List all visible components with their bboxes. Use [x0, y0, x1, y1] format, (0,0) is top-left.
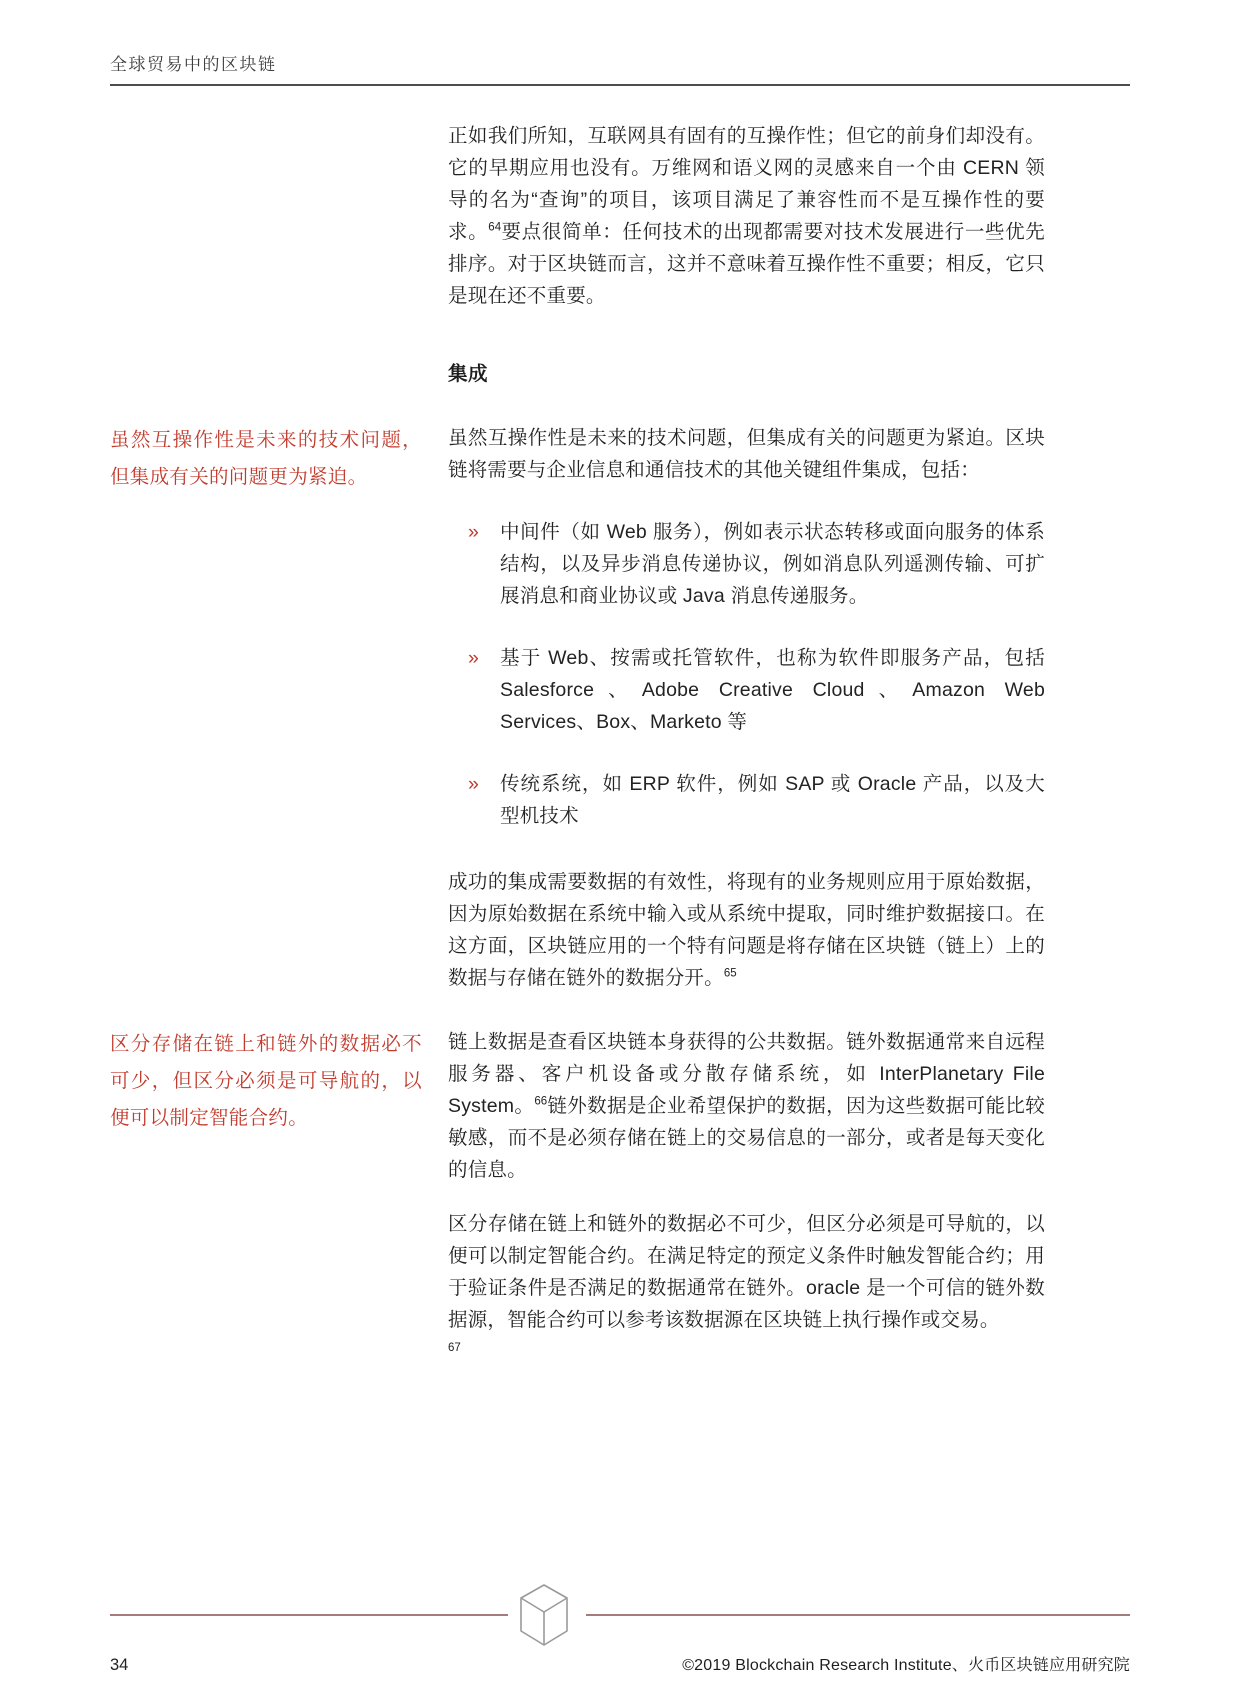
chevron-bullet-icon: » — [468, 768, 479, 800]
list-item-text: 基于 Web、按需或托管软件，也称为软件即服务产品，包括 Salesforce、… — [500, 647, 1045, 733]
footnote-ref-65: 65 — [724, 968, 737, 980]
copyright-notice: ©2019 Blockchain Research Institute、火币区块… — [682, 1652, 1130, 1675]
paragraph-text: 区分存储在链上和链外的数据必不可少，但区分必须是可导航的，以便可以制定智能合约。… — [448, 1213, 1045, 1331]
paragraph-text: 要点很简单：任何技术的出现都需要对技术发展进行一些优先排序。对于区块链而言，这并… — [448, 221, 1045, 307]
chevron-bullet-icon: » — [468, 516, 479, 548]
list-item-middleware: »中间件（如 Web 服务），例如表示状态转移或面向服务的体系结构，以及异步消息… — [448, 516, 1045, 612]
text-column: 链上数据是查看区块链本身获得的公共数据。链外数据通常来自远程服务器、客户机设备或… — [448, 1026, 1045, 1360]
page-footer: 34 ©2019 Blockchain Research Institute、火… — [110, 1584, 1130, 1675]
list-item-text: 中间件（如 Web 服务），例如表示状态转移或面向服务的体系结构，以及异步消息传… — [500, 521, 1045, 607]
text-column: »中间件（如 Web 服务），例如表示状态转移或面向服务的体系结构，以及异步消息… — [448, 516, 1045, 866]
document-page: 全球贸易中的区块链 正如我们所知，互联网具有固有的互操作性；但它的前身们却没有。… — [0, 0, 1240, 1693]
margin-column — [110, 120, 448, 358]
section-heading-row: 集成 — [110, 358, 1045, 422]
margin-column — [110, 866, 448, 1026]
blockchain-cube-icon — [520, 1584, 568, 1646]
paragraph-text: 成功的集成需要数据的有效性，将现有的业务规则应用于原始数据，因为原始数据在系统中… — [448, 871, 1045, 989]
paragraph-interoperability: 正如我们所知，互联网具有固有的互操作性；但它的前身们却没有。它的早期应用也没有。… — [448, 120, 1045, 312]
text-column: 集成 — [448, 358, 1045, 422]
paragraph-smart-contracts: 区分存储在链上和链外的数据必不可少，但区分必须是可导航的，以便可以制定智能合约。… — [448, 1208, 1045, 1360]
section-onchain-data: 区分存储在链上和链外的数据必不可少，但区分必须是可导航的，以便可以制定智能合约。… — [110, 1026, 1045, 1360]
pullquote-onchain: 区分存储在链上和链外的数据必不可少，但区分必须是可导航的，以便可以制定智能合约。 — [110, 1026, 422, 1137]
paragraph-data-validity: 成功的集成需要数据的有效性，将现有的业务规则应用于原始数据，因为原始数据在系统中… — [448, 866, 1045, 994]
chevron-bullet-icon: » — [468, 642, 479, 674]
paragraph-onchain-data: 链上数据是查看区块链本身获得的公共数据。链外数据通常来自远程服务器、客户机设备或… — [448, 1026, 1045, 1186]
text-column: 虽然互操作性是未来的技术问题，但集成有关的问题更为紧迫。区块链将需要与企业信息和… — [448, 422, 1045, 516]
list-item-text: 传统系统，如 ERP 软件，例如 SAP 或 Oracle 产品，以及大型机技术 — [500, 773, 1045, 827]
section-data-validity: 成功的集成需要数据的有效性，将现有的业务规则应用于原始数据，因为原始数据在系统中… — [110, 866, 1045, 1026]
header-rule — [110, 84, 1130, 86]
footer-rule-right — [586, 1614, 1130, 1616]
list-item-saas: »基于 Web、按需或托管软件，也称为软件即服务产品，包括 Salesforce… — [448, 642, 1045, 738]
running-head-title: 全球贸易中的区块链 — [110, 50, 1130, 84]
footer-rule-row — [110, 1584, 1130, 1646]
section-interoperability: 正如我们所知，互联网具有固有的互操作性；但它的前身们却没有。它的早期应用也没有。… — [110, 120, 1045, 358]
footnote-ref-67: 67 — [448, 1336, 1045, 1360]
footer-text-row: 34 ©2019 Blockchain Research Institute、火… — [110, 1652, 1130, 1675]
paragraph-integration-intro: 虽然互操作性是未来的技术问题，但集成有关的问题更为紧迫。区块链将需要与企业信息和… — [448, 422, 1045, 486]
page-body: 正如我们所知，互联网具有固有的互操作性；但它的前身们却没有。它的早期应用也没有。… — [110, 120, 1045, 1360]
margin-column: 虽然互操作性是未来的技术问题，但集成有关的问题更为紧迫。 — [110, 422, 448, 516]
footnote-ref-64: 64 — [488, 222, 501, 234]
list-item-legacy-systems: »传统系统，如 ERP 软件，例如 SAP 或 Oracle 产品，以及大型机技… — [448, 768, 1045, 832]
text-column: 正如我们所知，互联网具有固有的互操作性；但它的前身们却没有。它的早期应用也没有。… — [448, 120, 1045, 358]
page-number: 34 — [110, 1656, 128, 1675]
pullquote-integration: 虽然互操作性是未来的技术问题，但集成有关的问题更为紧迫。 — [110, 422, 422, 496]
footer-rule-left — [110, 1614, 508, 1616]
heading-integration: 集成 — [448, 358, 1045, 386]
margin-column — [110, 516, 448, 866]
page-header: 全球贸易中的区块链 — [110, 50, 1130, 86]
section-integration-intro: 虽然互操作性是未来的技术问题，但集成有关的问题更为紧迫。 虽然互操作性是未来的技… — [110, 422, 1045, 516]
section-integration-list: »中间件（如 Web 服务），例如表示状态转移或面向服务的体系结构，以及异步消息… — [110, 516, 1045, 866]
text-column: 成功的集成需要数据的有效性，将现有的业务规则应用于原始数据，因为原始数据在系统中… — [448, 866, 1045, 1026]
integration-components-list: »中间件（如 Web 服务），例如表示状态转移或面向服务的体系结构，以及异步消息… — [448, 516, 1045, 832]
margin-column: 区分存储在链上和链外的数据必不可少，但区分必须是可导航的，以便可以制定智能合约。 — [110, 1026, 448, 1360]
margin-column — [110, 358, 448, 422]
footnote-ref-66: 66 — [534, 1096, 547, 1108]
